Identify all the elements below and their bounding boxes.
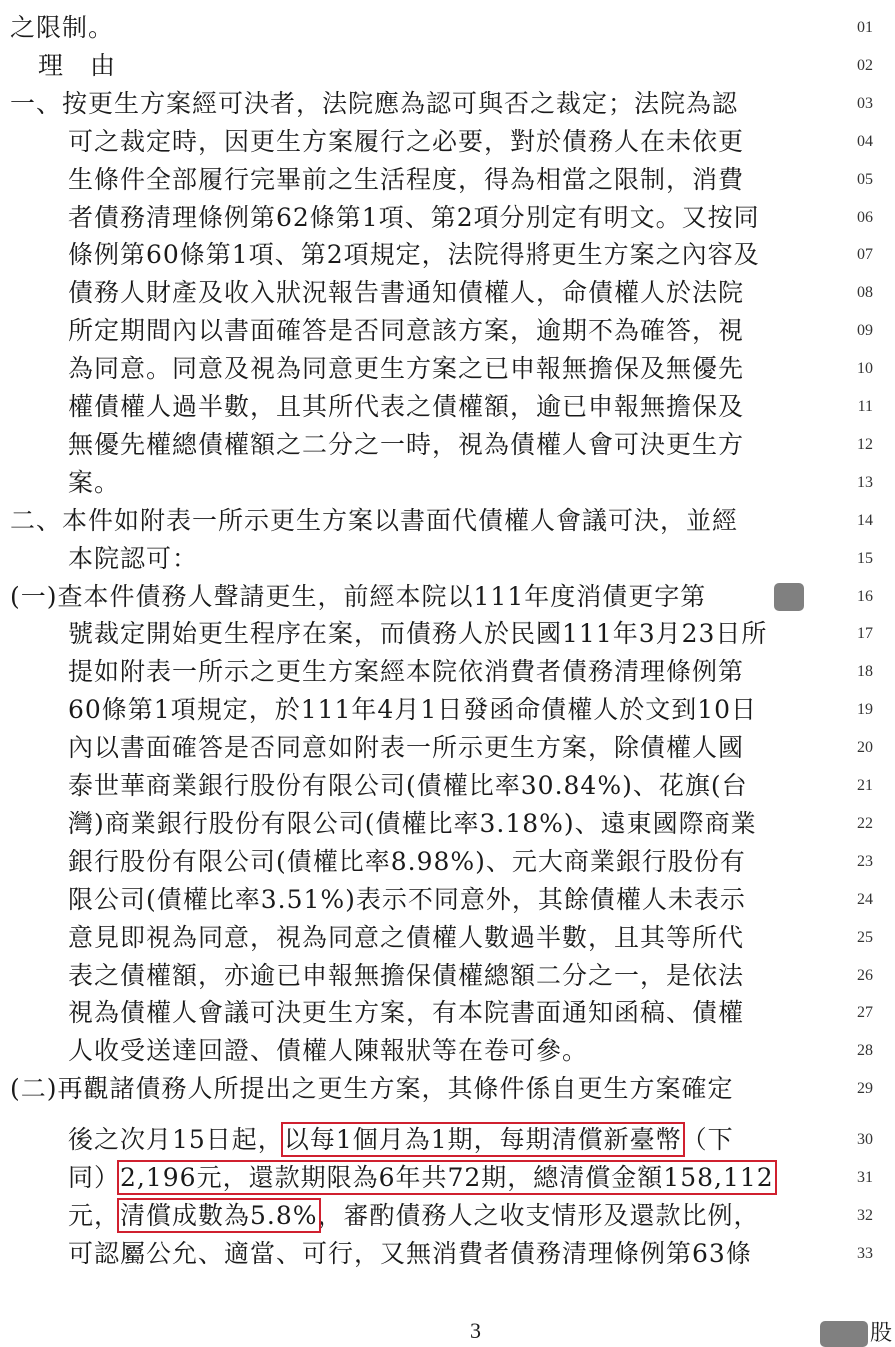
line-text: 同） xyxy=(68,1163,120,1192)
line-number: 32 xyxy=(857,1198,873,1234)
text-line-15: 本院認可：15 xyxy=(0,541,895,577)
division-suffix: 股 xyxy=(870,1321,892,1346)
line-number: 06 xyxy=(857,200,873,236)
text-line-13: 案。13 xyxy=(0,465,895,501)
text-line-23: 銀行股份有限公司(債權比率8.98%)、元大商業銀行股份有23 xyxy=(0,844,895,880)
line-text: 無優先權總債權額之二分之一時，視為債權人會可決更生方 xyxy=(68,427,744,463)
line-text: 條例第60條第1項、第2項規定，法院得將更生方案之內容及 xyxy=(68,237,760,273)
line-number: 27 xyxy=(857,995,873,1031)
line-text: 人收受送達回證、債權人陳報狀等在卷可參。 xyxy=(68,1033,588,1069)
text-line-26: 表之債權額，亦逾已申報無擔保債權總額二分之一，是依法26 xyxy=(0,958,895,994)
text-line-27: 視為債權人會議可決更生方案，有本院書面通知函稿、債權27 xyxy=(0,995,895,1031)
line-text: 案。 xyxy=(68,465,120,501)
division-stamp: 股 xyxy=(818,1316,892,1347)
text-line-09: 所定期間內以書面確答是否同意該方案，逾期不為確答，視09 xyxy=(0,313,895,349)
text-line-05: 生條件全部履行完畢前之生活程度，得為相當之限制，消費05 xyxy=(0,162,895,198)
line-text: 號裁定開始更生程序在案，而債務人於民國111年3月23日所 xyxy=(68,616,767,652)
line-text: 60條第1項規定，於111年4月1日發函命債權人於文到10日 xyxy=(68,692,757,728)
line-text: 元， xyxy=(68,1201,120,1230)
text-line-01: 之限制。01 xyxy=(0,10,895,46)
line-text: 所定期間內以書面確答是否同意該方案，逾期不為確答，視 xyxy=(68,313,744,349)
line-number: 20 xyxy=(857,730,873,766)
line-text: 限公司(債權比率3.51%)表示不同意外，其餘債權人未表示 xyxy=(68,882,746,918)
text-line-08: 債務人財產及收入狀況報告書通知債權人，命債權人於法院08 xyxy=(0,275,895,311)
line-number: 33 xyxy=(857,1236,873,1272)
line-text: 之限制。 xyxy=(10,10,114,46)
text-line-16: (一)查本件債務人聲請更生，前經本院以111年度消債更字第16 xyxy=(0,579,895,615)
line-number: 29 xyxy=(857,1071,873,1107)
line-text: (二)再觀諸債務人所提出之更生方案，其條件係自更生方案確定 xyxy=(10,1071,734,1107)
line-number: 26 xyxy=(857,958,873,994)
line-number: 01 xyxy=(857,10,873,46)
line-text: 提如附表一所示之更生方案經本院依消費者債務清理條例第 xyxy=(68,654,744,690)
line-text: 內以書面確答是否同意如附表一所示更生方案，除債權人國 xyxy=(68,730,744,766)
text-line-06: 者債務清理條例第62條第1項、第2項分別定有明文。又按同06 xyxy=(0,200,895,236)
line-number: 24 xyxy=(857,882,873,918)
text-line-17: 號裁定開始更生程序在案，而債務人於民國111年3月23日所17 xyxy=(0,616,895,652)
text-line-21: 泰世華商業銀行股份有限公司(債權比率30.84%)、花旗(台21 xyxy=(0,768,895,804)
line-number: 23 xyxy=(857,844,873,880)
line-text: (一)查本件債務人聲請更生，前經本院以111年度消債更字第 xyxy=(10,579,706,615)
line-text: 可認屬公允、適當、可行，又無消費者債務清理條例第63條 xyxy=(68,1236,752,1272)
line-text: 可之裁定時，因更生方案履行之必要，對於債務人在未依更 xyxy=(68,124,744,160)
line-number: 02 xyxy=(857,48,873,84)
line-number: 16 xyxy=(857,579,873,615)
text-line-07: 條例第60條第1項、第2項規定，法院得將更生方案之內容及07 xyxy=(0,237,895,273)
line-number: 28 xyxy=(857,1033,873,1069)
text-line-33: 可認屬公允、適當、可行，又無消費者債務清理條例第63條 33 xyxy=(0,1236,895,1272)
line-text: 理 由 xyxy=(38,48,116,84)
highlight-box-amount: 2,196元，還款期限為6年共72期，總清償金額158,112 xyxy=(120,1163,774,1192)
line-text: 生條件全部履行完畢前之生活程度，得為相當之限制，消費 xyxy=(68,162,744,198)
redaction-block xyxy=(820,1321,868,1347)
line-text: 本院認可： xyxy=(68,541,198,577)
text-line-30: 後之次月15日起，以每1個月為1期，每期清償新臺幣（下 30 xyxy=(0,1122,895,1158)
line-number: 19 xyxy=(857,692,873,728)
line-number: 15 xyxy=(857,541,873,577)
line-number: 13 xyxy=(857,465,873,501)
text-line-14: 二、本件如附表一所示更生方案以書面代債權人會議可決，並經14 xyxy=(0,503,895,539)
line-text: （下 xyxy=(682,1125,734,1154)
line-text: 泰世華商業銀行股份有限公司(債權比率30.84%)、花旗(台 xyxy=(68,768,748,804)
text-line-12: 無優先權總債權額之二分之一時，視為債權人會可決更生方12 xyxy=(0,427,895,463)
line-number: 04 xyxy=(857,124,873,160)
line-text: 者債務清理條例第62條第1項、第2項分別定有明文。又按同 xyxy=(68,200,760,236)
line-number: 25 xyxy=(857,920,873,956)
text-line-24: 限公司(債權比率3.51%)表示不同意外，其餘債權人未表示24 xyxy=(0,882,895,918)
line-number: 10 xyxy=(857,351,873,387)
text-line-22: 灣)商業銀行股份有限公司(債權比率3.18%)、遠東國際商業22 xyxy=(0,806,895,842)
line-number: 21 xyxy=(857,768,873,804)
text-line-11: 權債權人過半數，且其所代表之債權額，逾已申報無擔保及11 xyxy=(0,389,895,425)
text-line-20: 內以書面確答是否同意如附表一所示更生方案，除債權人國20 xyxy=(0,730,895,766)
line-number: 03 xyxy=(857,86,873,122)
text-line-10: 為同意。同意及視為同意更生方案之已申報無擔保及無優先10 xyxy=(0,351,895,387)
line-text: 銀行股份有限公司(債權比率8.98%)、元大商業銀行股份有 xyxy=(68,844,746,880)
line-number: 08 xyxy=(857,275,873,311)
line-number: 09 xyxy=(857,313,873,349)
highlight-box-repayment-ratio: 清償成數為5.8% xyxy=(120,1201,318,1230)
line-number: 18 xyxy=(857,654,873,690)
line-number: 22 xyxy=(857,806,873,842)
line-text: 二、本件如附表一所示更生方案以書面代債權人會議可決，並經 xyxy=(10,503,738,539)
text-line-32: 元，清償成數為5.8%，審酌債務人之收支情形及還款比例， 32 xyxy=(0,1198,895,1234)
text-line-29: (二)再觀諸債務人所提出之更生方案，其條件係自更生方案確定29 xyxy=(0,1071,895,1107)
line-text: 視為債權人會議可決更生方案，有本院書面通知函稿、債權 xyxy=(68,995,744,1031)
text-line-31: 同）2,196元，還款期限為6年共72期，總清償金額158,112 31 xyxy=(0,1160,895,1196)
line-text: 債務人財產及收入狀況報告書通知債權人，命債權人於法院 xyxy=(68,275,744,311)
line-text: 表之債權額，亦逾已申報無擔保債權總額二分之一，是依法 xyxy=(68,958,744,994)
text-line-19: 60條第1項規定，於111年4月1日發函命債權人於文到10日19 xyxy=(0,692,895,728)
redaction-block xyxy=(774,583,804,611)
text-line-18: 提如附表一所示之更生方案經本院依消費者債務清理條例第18 xyxy=(0,654,895,690)
line-text: 後之次月15日起， xyxy=(68,1125,284,1154)
line-text: 為同意。同意及視為同意更生方案之已申報無擔保及無優先 xyxy=(68,351,744,387)
line-number: 31 xyxy=(857,1160,873,1196)
line-number: 05 xyxy=(857,162,873,198)
line-number: 17 xyxy=(857,616,873,652)
line-text: 一、按更生方案經可決者，法院應為認可與否之裁定；法院為認 xyxy=(10,86,738,122)
line-number: 11 xyxy=(858,389,873,425)
highlight-box-installment: 以每1個月為1期，每期清償新臺幣 xyxy=(284,1125,682,1154)
page-number: 3 xyxy=(470,1318,481,1344)
line-number: 12 xyxy=(857,427,873,463)
text-line-25: 意見即視為同意，視為同意之債權人數過半數，且其等所代25 xyxy=(0,920,895,956)
line-text: 灣)商業銀行股份有限公司(債權比率3.18%)、遠東國際商業 xyxy=(68,806,757,842)
line-text: ，審酌債務人之收支情形及還款比例， xyxy=(318,1201,760,1230)
text-line-03: 一、按更生方案經可決者，法院應為認可與否之裁定；法院為認03 xyxy=(0,86,895,122)
text-line-02: 理 由02 xyxy=(0,48,895,84)
line-text: 權債權人過半數，且其所代表之債權額，逾已申報無擔保及 xyxy=(68,389,744,425)
line-number: 07 xyxy=(857,237,873,273)
line-number: 14 xyxy=(857,503,873,539)
line-number: 30 xyxy=(857,1122,873,1158)
text-line-28: 人收受送達回證、債權人陳報狀等在卷可參。28 xyxy=(0,1033,895,1069)
text-line-04: 可之裁定時，因更生方案履行之必要，對於債務人在未依更04 xyxy=(0,124,895,160)
line-text: 意見即視為同意，視為同意之債權人數過半數，且其等所代 xyxy=(68,920,744,956)
